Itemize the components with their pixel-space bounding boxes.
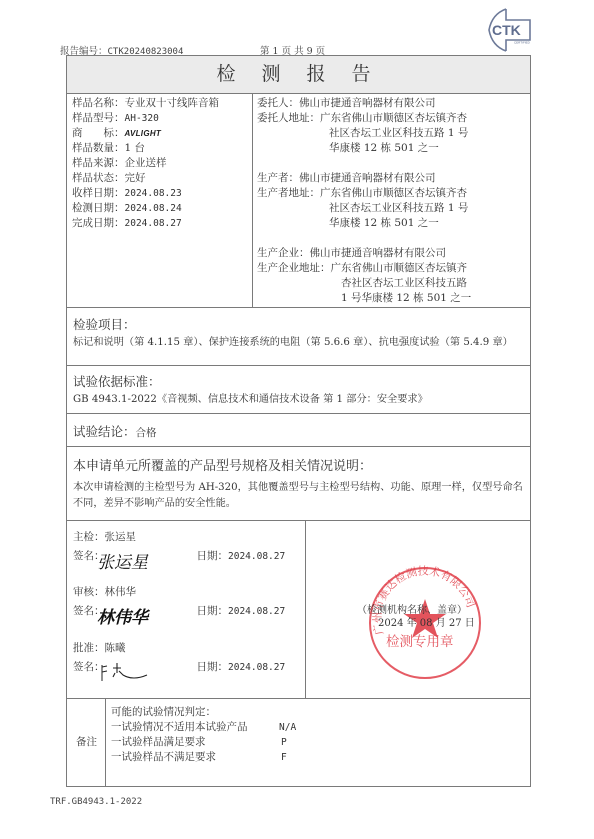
field-test-date: 检测日期：2024.08.24 xyxy=(72,201,219,216)
remarks-section: 备注 可能的试验情况判定： 一试验情况不适用本试验产品N/A 一试验样品满足要求… xyxy=(67,699,530,786)
field-completion-date: 完成日期：2024.08.27 xyxy=(72,216,219,231)
field-source: 样品来源：企业送样 xyxy=(72,156,219,171)
manufacturer: 生产企业：佛山市捷通音响器材有限公司 xyxy=(257,246,471,261)
standard-section: 试验依据标准： GB 4943.1-2022《音视频、信息技术和通信技术设备 第… xyxy=(67,366,530,414)
brand-logo: AVLIGHT xyxy=(125,129,162,138)
manufacturer-address: 生产企业地址：广东省佛山市顺德区杏坛镇齐 xyxy=(257,261,471,276)
manufacturer-address-line: 杏社区杏坛工业区科技五路 xyxy=(257,276,471,291)
client: 委托人：佛山市捷通音响器材有限公司 xyxy=(257,96,471,111)
producer: 生产者：佛山市捷通音响器材有限公司 xyxy=(257,171,471,186)
remark-item: 一试验样品不满足要求F xyxy=(111,750,296,765)
manufacturer-address-line: 1 号华康楼 12 栋 501 之一 xyxy=(257,291,471,306)
field-trademark: 商 标：AVLIGHT xyxy=(72,126,219,141)
remarks-content: 可能的试验情况判定： 一试验情况不适用本试验产品N/A 一试验样品满足要求P 一… xyxy=(111,705,296,765)
producer-address: 生产者地址：广东省佛山市顺德区杏坛镇齐杏 xyxy=(257,186,471,201)
standard-label: 试验依据标准： xyxy=(73,372,161,390)
client-address-line: 社区杏坛工业区科技五路 1 号 xyxy=(257,126,471,141)
remark-item: 一试验情况不适用本试验产品N/A xyxy=(111,720,296,735)
field-received-date: 收样日期：2024.08.23 xyxy=(72,186,219,201)
field-sample-model: 样品型号：AH-320 xyxy=(72,111,219,126)
remark-item: 一试验样品满足要求P xyxy=(111,735,296,750)
form-reference: TRF.GB4943.1-2022 xyxy=(50,797,142,807)
field-quantity: 样品数量：1 台 xyxy=(72,141,219,156)
ctk-logo-icon: CTK CERTIFIED xyxy=(484,6,534,54)
client-address: 委托人地址：广东省佛山市顺德区杏坛镇齐杏 xyxy=(257,111,471,126)
reviewer-signature: 林伟华 xyxy=(97,603,148,628)
conclusion: 试验结论：合格 xyxy=(73,422,157,440)
seal-date: 2024 年 08 月 27 日 xyxy=(378,614,475,629)
producer-address-line: 华康楼 12 栋 501 之一 xyxy=(257,216,471,231)
coverage-section: 本申请单元所覆盖的产品型号规格及相关情况说明： 本次申请检测的主检型号为 AH-… xyxy=(67,447,530,521)
conclusion-section: 试验结论：合格 xyxy=(67,414,530,447)
coverage-text: 本次申请检测的主检型号为 AH-320，其他覆盖型号与主检型号结构、功能、原理一… xyxy=(73,480,524,512)
client-info: 委托人：佛山市捷通音响器材有限公司 委托人地址：广东省佛山市顺德区杏坛镇齐杏 社… xyxy=(257,96,471,306)
coverage-label: 本申请单元所覆盖的产品型号规格及相关情况说明： xyxy=(73,455,372,474)
conclusion-value: 合格 xyxy=(136,427,157,439)
field-condition: 样品状态：完好 xyxy=(72,171,219,186)
column-divider xyxy=(305,521,306,698)
standard-text: GB 4943.1-2022《音视频、信息技术和通信技术设备 第 1 部分：安全… xyxy=(73,392,524,408)
svg-text:CERTIFIED: CERTIFIED xyxy=(514,41,531,45)
inspector-signature: 张运星 xyxy=(97,548,148,573)
remarks-divider xyxy=(105,699,106,786)
approver-signature-icon xyxy=(99,659,159,683)
field-sample-name: 样品名称：专业双十寸线阵音箱 xyxy=(72,96,219,111)
test-items-text: 标记和说明（第 4.1.15 章）、保护连接系统的电阻（第 5.6.6 章）、抗… xyxy=(73,335,524,351)
client-address-line: 华康楼 12 栋 501 之一 xyxy=(257,141,471,156)
report-title: 检 测 报 告 xyxy=(67,56,530,94)
svg-text:CTK: CTK xyxy=(492,22,521,38)
producer-address-line: 社区杏坛工业区科技五路 1 号 xyxy=(257,201,471,216)
test-items-section: 检验项目： 标记和说明（第 4.1.15 章）、保护连接系统的电阻（第 5.6.… xyxy=(67,308,530,366)
sample-info-section: 样品名称：专业双十寸线阵音箱 样品型号：AH-320 商 标：AVLIGHT 样… xyxy=(67,93,530,308)
seal-text: 检测专用章 xyxy=(386,630,454,650)
test-items-label: 检验项目： xyxy=(73,315,136,333)
sample-fields: 样品名称：专业双十寸线阵音箱 样品型号：AH-320 商 标：AVLIGHT 样… xyxy=(72,96,219,231)
column-divider xyxy=(252,93,253,307)
remarks-label: 备注 xyxy=(76,735,97,750)
